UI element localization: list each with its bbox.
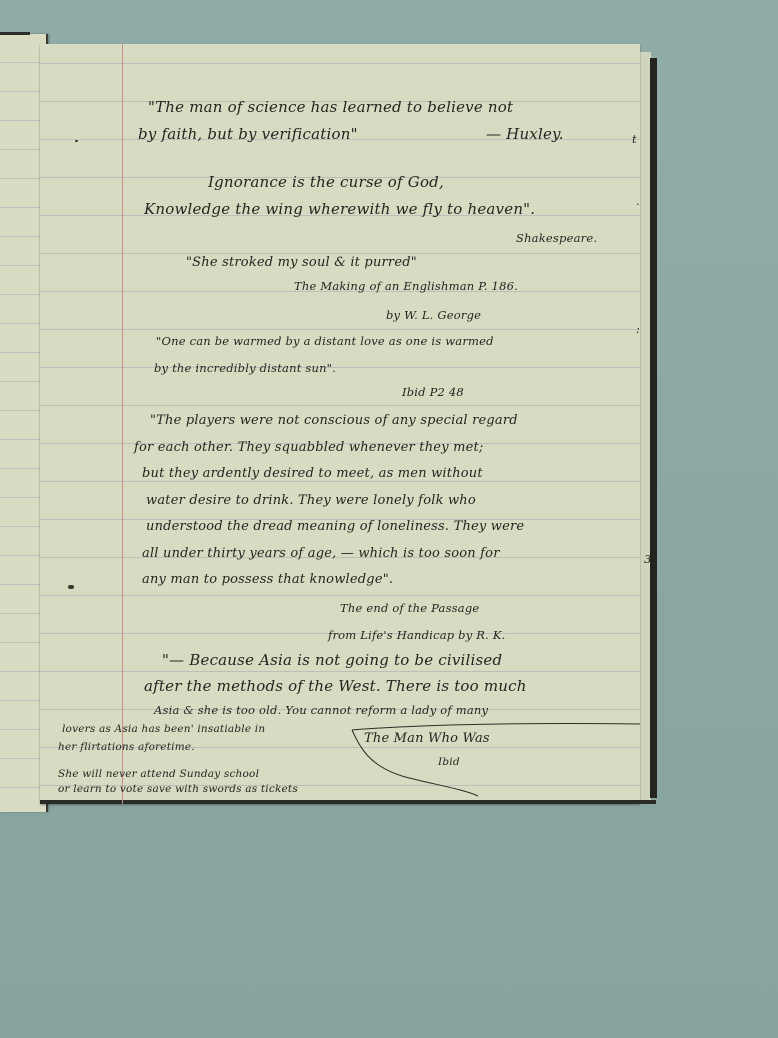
quote-line: by the incredibly distant sun". (154, 361, 336, 375)
quote-line: after the methods of the West. There is … (144, 677, 527, 695)
quote-line: Knowledge the wing wherewith we fly to h… (144, 200, 535, 218)
quote-attribution: Shakespeare. (516, 231, 597, 245)
quote-line: for each other. They squabbled whenever … (134, 440, 484, 455)
quote-line: but they ardently desired to meet, as me… (142, 466, 483, 481)
quote-line: "— Because Asia is not going to be civil… (162, 651, 502, 669)
margin-note-line: her flirtations aforetime. (58, 741, 195, 753)
quote-line: "She stroked my soul & it purred" (186, 255, 417, 270)
quote-attribution: — Huxley. (486, 125, 564, 143)
quote-line: Ignorance is the curse of God, (208, 173, 444, 191)
quote-line: understood the dread meaning of loneline… (146, 519, 524, 534)
quote-line: Asia & she is too old. You cannot reform… (154, 703, 488, 717)
quote-line: any man to possess that knowledge". (142, 572, 393, 587)
quote-line: by faith, but by verification" (138, 125, 358, 143)
divider-scrawl (340, 718, 660, 808)
margin-note-line: or learn to vote save with swords as tic… (58, 783, 298, 795)
quote-author: by W. L. George (386, 308, 481, 322)
ink-speck (75, 140, 78, 142)
quote-line: "The man of science has learned to belie… (148, 98, 513, 116)
quote-line: water desire to drink. They were lonely … (146, 493, 476, 508)
margin-note-line: She will never attend Sunday school (58, 768, 259, 780)
cover-edge (650, 58, 657, 798)
margin-mark: 3 (644, 552, 652, 566)
quote-line: "One can be warmed by a distant love as … (156, 334, 494, 348)
margin-note-line: lovers as Asia has been' insatiable in (62, 723, 265, 735)
quote-line: all under thirty years of age, — which i… (142, 546, 500, 561)
quote-source: The end of the Passage (340, 601, 479, 615)
binding-edge (0, 32, 30, 35)
quote-line: "The players were not conscious of any s… (150, 413, 518, 428)
margin-mark: . (636, 194, 640, 208)
ink-speck (68, 585, 74, 589)
margin-rule (122, 44, 123, 804)
quote-author: from Life's Handicap by R. K. (328, 628, 506, 642)
quote-attribution: Ibid P2 48 (402, 385, 464, 399)
quote-source: The Making of an Englishman P. 186. (294, 279, 518, 293)
margin-mark: : (636, 322, 640, 336)
margin-mark: t (632, 132, 637, 146)
